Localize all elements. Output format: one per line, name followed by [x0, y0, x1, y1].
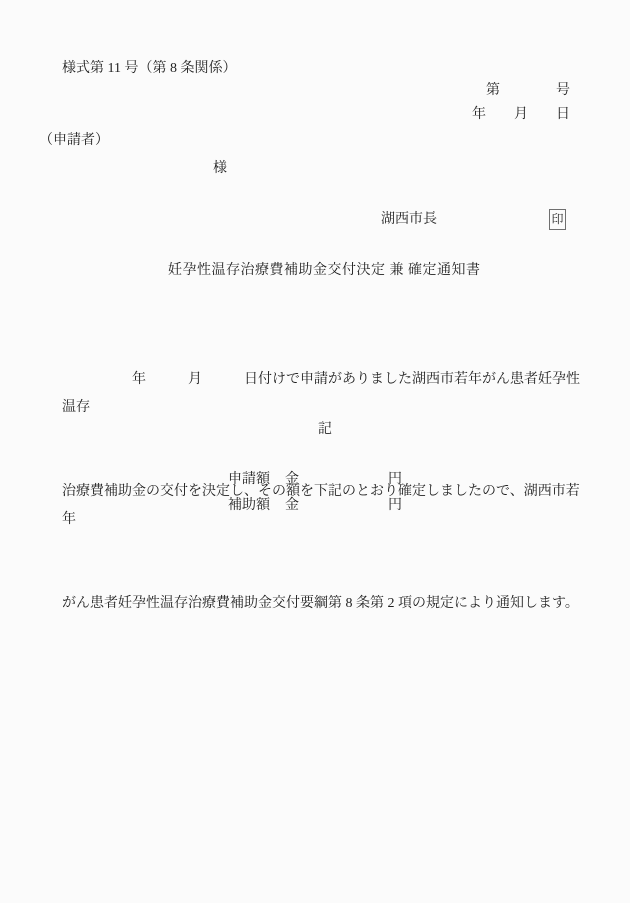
subsidy-amount-unit: 円 — [388, 497, 402, 515]
addressee-honorific: 様 — [213, 160, 227, 178]
body-line-1: 年 月 日付けで申請がありました湖西市若年がん患者妊孕性温存 — [62, 366, 582, 422]
form-number-line: 様式第 11 号（第 8 条関係） — [62, 60, 236, 78]
issuer-mayor-label: 湖西市長 — [381, 211, 437, 229]
ki-section-heading: 記 — [318, 421, 332, 439]
body-paragraph: 年 月 日付けで申請がありました湖西市若年がん患者妊孕性温存 治療費補助金の交付… — [62, 310, 582, 674]
document-number-blank-line: 第 号 — [486, 82, 570, 100]
application-amount-unit: 円 — [388, 471, 402, 489]
document-title: 妊孕性温存治療費補助金交付決定 兼 確定通知書 — [168, 262, 481, 280]
document-page: 様式第 11 号（第 8 条関係） 第 号 年 月 日 （申請者） 様 湖西市長… — [0, 0, 630, 903]
subsidy-amount-row: 補助額 金 円 — [228, 497, 402, 515]
application-amount-row: 申請額 金 円 — [228, 471, 402, 489]
seal-placeholder-box: 印 — [549, 209, 566, 230]
body-line-3: がん患者妊孕性温存治療費補助金交付要綱第 8 条第 2 項の規定により通知します… — [62, 590, 582, 618]
date-blank-line: 年 月 日 — [472, 106, 570, 124]
subsidy-amount-label: 補助額 — [228, 497, 270, 515]
application-amount-currency-prefix: 金 — [285, 471, 299, 489]
application-amount-label: 申請額 — [228, 471, 270, 489]
applicant-label: （申請者） — [39, 132, 109, 150]
subsidy-amount-currency-prefix: 金 — [285, 497, 299, 515]
